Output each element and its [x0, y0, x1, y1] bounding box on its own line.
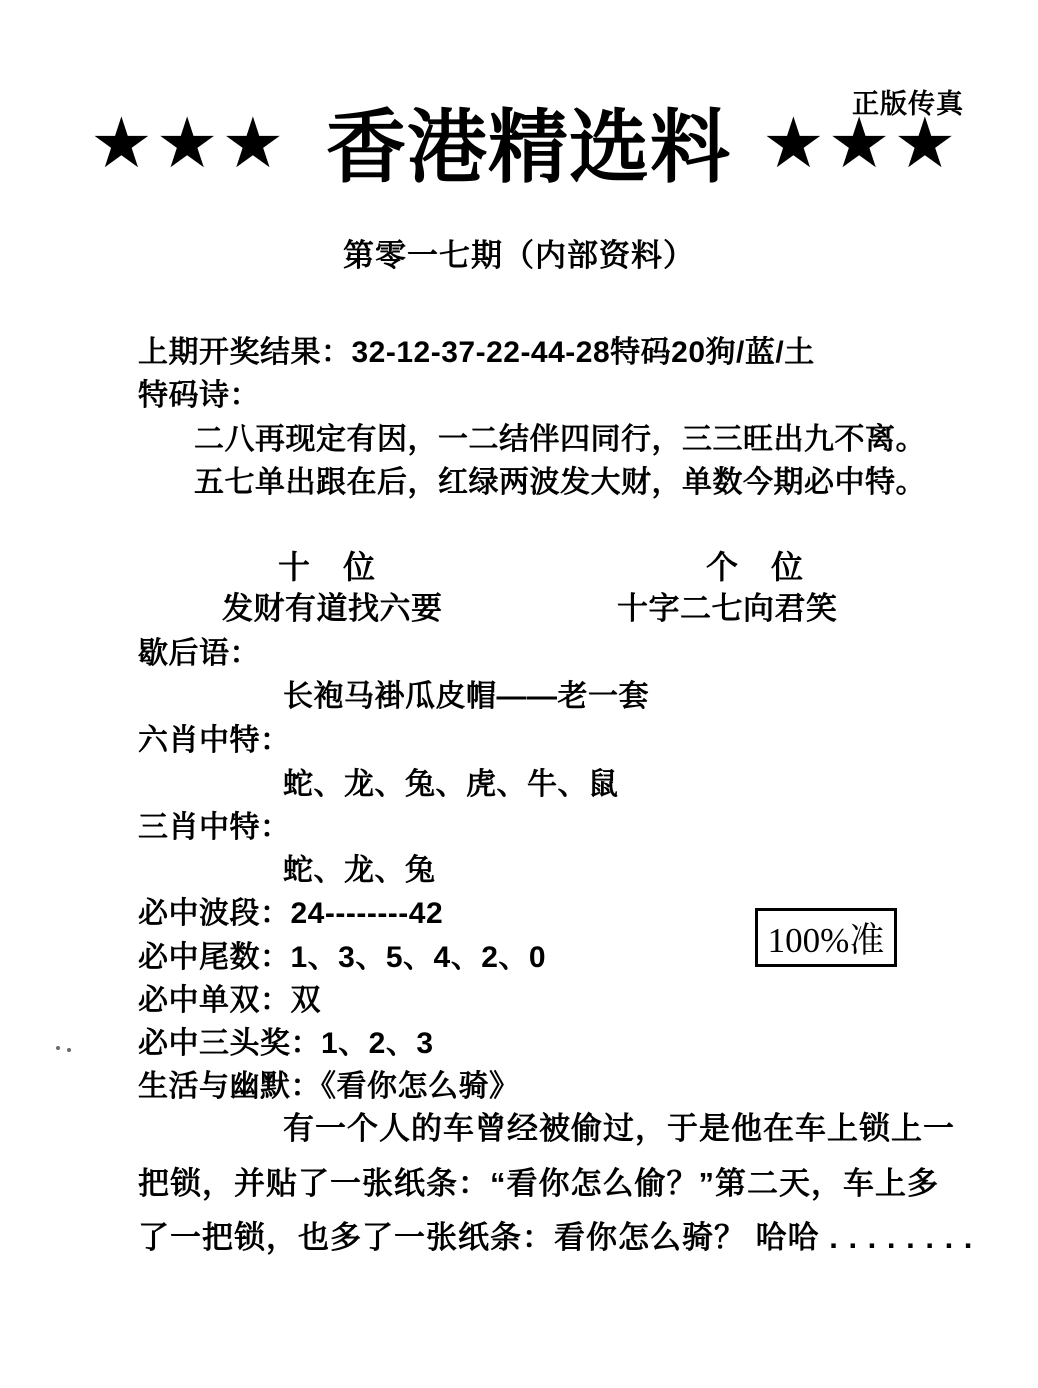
tail-numbers-line: 必中尾数：1、3、5、4、2、0	[138, 941, 546, 974]
three-zodiac-list: 蛇、龙、兔	[283, 854, 436, 887]
special-poem-label: 特码诗：	[138, 379, 260, 412]
three-heads-line: 必中三头奖：1、2、3	[138, 1027, 434, 1060]
special-poem-line-1: 二八再现定有因，一二结伴四同行，三三旺出九不离。	[194, 423, 926, 456]
issue-subtitle: 第零一七期（内部资料）	[0, 230, 1038, 275]
tens-column-clue: 发财有道找六要	[222, 592, 443, 626]
story-line-2: 把锁，并贴了一张纸条：“看你怎么偷？”第二天，车上多	[138, 1167, 939, 1201]
story-line-1: 有一个人的车曾经被偷过，于是他在车上锁上一	[283, 1112, 955, 1146]
humor-title-line: 生活与幽默：《看你怎么骑》	[138, 1070, 520, 1103]
special-poem-line-2: 五七单出跟在后，红绿两波发大财，单数今期必中特。	[194, 466, 926, 499]
ones-column-header: 个 位	[706, 550, 804, 585]
accuracy-badge-text: 100%准	[768, 913, 885, 963]
six-zodiac-list: 蛇、龙、兔、虎、牛、鼠	[283, 768, 619, 801]
xiehouyu-label: 歇后语：	[138, 637, 260, 670]
scan-speck-artifact	[56, 1046, 60, 1050]
fax-sheet-page: 正版传真 ★★★ 香港精选料 ★★★ 第零一七期（内部资料） 上期开奖结果：32…	[0, 0, 1038, 1388]
three-zodiac-label: 三肖中特：	[138, 811, 291, 844]
page-title: 香港精选料	[326, 104, 731, 192]
tens-column-header: 十 位	[278, 550, 376, 585]
odd-even-line: 必中单双：双	[138, 984, 321, 1017]
last-draw-result: 上期开奖结果：32-12-37-22-44-28特码20狗/蓝/土	[138, 336, 815, 369]
story-line-3: 了一把锁，也多了一张纸条：看你怎么骑？ 哈哈 . . . . . . . .	[138, 1221, 973, 1255]
six-zodiac-label: 六肖中特：	[138, 724, 291, 757]
star-decoration-right-icon: ★★★	[762, 108, 959, 178]
star-decoration-left-icon: ★★★	[90, 108, 287, 178]
ones-column-clue: 十字二七向君笑	[617, 592, 838, 626]
xiehouyu-text: 长袍马褂瓜皮帽——老一套	[283, 680, 649, 713]
accuracy-badge: 100%准	[755, 908, 897, 967]
wave-range-line: 必中波段：24--------42	[138, 897, 443, 930]
